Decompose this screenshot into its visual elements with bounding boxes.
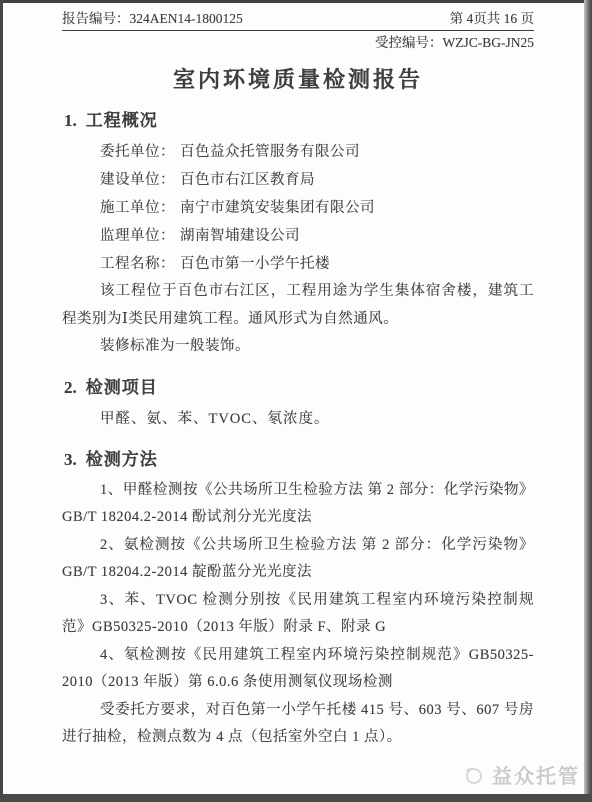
field-value: 百色市右江区教育局	[180, 172, 315, 188]
controlled-number-row: 受控编号：WZJC-BG-JN25	[62, 33, 534, 52]
method-item-radon: 4、氡检测按《民用建筑工程室内环境污染控制规范》GB50325-2010（201…	[62, 642, 534, 697]
watermark-text: 益众托管	[492, 760, 580, 789]
field-supervisor: 监理单位：湖南智埔建设公司	[100, 222, 534, 250]
field-label: 监理单位：	[100, 228, 175, 244]
scan-edge-bottom	[0, 794, 592, 802]
project-description-paragraph: 该工程位于百色市右江区，工程用途为学生集体宿舍楼，建筑工程类别为Ⅰ类民用建筑工程…	[62, 278, 534, 333]
field-value: 百色益众托管服务有限公司	[180, 144, 360, 160]
page-title: 室内环境质量检测报告	[62, 63, 534, 94]
field-value: 湖南智埔建设公司	[180, 228, 300, 244]
section1-number: 1.	[64, 111, 77, 130]
controlled-number-label: 受控编号：	[375, 35, 443, 50]
field-label: 施工单位：	[100, 200, 175, 216]
section3-title: 检测方法	[86, 450, 158, 469]
section1-heading: 1.工程概况	[64, 106, 534, 131]
report-page: 报告编号：324AEN14-1800125 第 4页共 16 页 受控编号：WZ…	[62, 10, 534, 752]
field-constructor: 施工单位：南宁市建筑安装集团有限公司	[100, 194, 534, 222]
scan-edge-top	[0, 0, 592, 3]
controlled-number-value: WZJC-BG-JN25	[443, 35, 535, 50]
page-header: 报告编号：324AEN14-1800125 第 4页共 16 页	[62, 10, 534, 28]
scan-edge-left	[0, 0, 3, 802]
section3-heading: 3.检测方法	[64, 445, 534, 470]
report-number: 报告编号：324AEN14-1800125	[62, 10, 243, 28]
section2-number: 2.	[64, 378, 77, 397]
section-test-items: 2.检测项目 甲醛、氨、苯、TVOC、氡浓度。	[62, 373, 534, 433]
field-label: 建设单位：	[100, 172, 175, 188]
scan-edge-right	[584, 0, 592, 802]
method-item-formaldehyde: 1、甲醛检测按《公共场所卫生检验方法 第 2 部分：化学污染物》GB/T 182…	[62, 477, 534, 532]
field-label: 委托单位：	[100, 144, 175, 160]
watermark: 益众托管	[462, 760, 580, 789]
section3-number: 3.	[64, 450, 77, 469]
yizhong-logo-icon	[462, 763, 486, 787]
section-project-overview: 1.工程概况 委托单位：百色益众托管服务有限公司 建设单位：百色市右江区教育局 …	[62, 106, 534, 361]
sampling-note-paragraph: 受委托方要求，对百色第一小学午托楼 415 号、603 号、607 号房进行抽检…	[62, 697, 534, 752]
field-value: 百色市第一小学午托楼	[180, 256, 330, 272]
section2-title: 检测项目	[86, 378, 158, 397]
field-label: 工程名称：	[100, 256, 175, 272]
field-value: 南宁市建筑安装集团有限公司	[180, 200, 375, 216]
method-item-benzene-tvoc: 3、苯、TVOC 检测分别按《民用建筑工程室内环境污染控制规范》GB50325-…	[62, 587, 534, 642]
method-item-ammonia: 2、氨检测按《公共场所卫生检验方法 第 2 部分：化学污染物》GB/T 1820…	[62, 532, 534, 587]
header-rule	[62, 30, 534, 31]
page-count: 第 4页共 16 页	[450, 10, 534, 28]
field-project-name: 工程名称：百色市第一小学午托楼	[100, 250, 534, 278]
section-test-methods: 3.检测方法 1、甲醛检测按《公共场所卫生检验方法 第 2 部分：化学污染物》G…	[62, 445, 534, 752]
section2-heading: 2.检测项目	[64, 373, 534, 398]
test-items-line: 甲醛、氨、苯、TVOC、氡浓度。	[100, 405, 534, 433]
field-client: 委托单位：百色益众托管服务有限公司	[100, 138, 534, 166]
section1-title: 工程概况	[86, 111, 158, 130]
decoration-standard-paragraph: 装修标准为一般装饰。	[62, 333, 534, 361]
report-number-value: 324AEN14-1800125	[130, 11, 243, 26]
report-number-label: 报告编号：	[62, 11, 130, 26]
field-builder: 建设单位：百色市右江区教育局	[100, 166, 534, 194]
